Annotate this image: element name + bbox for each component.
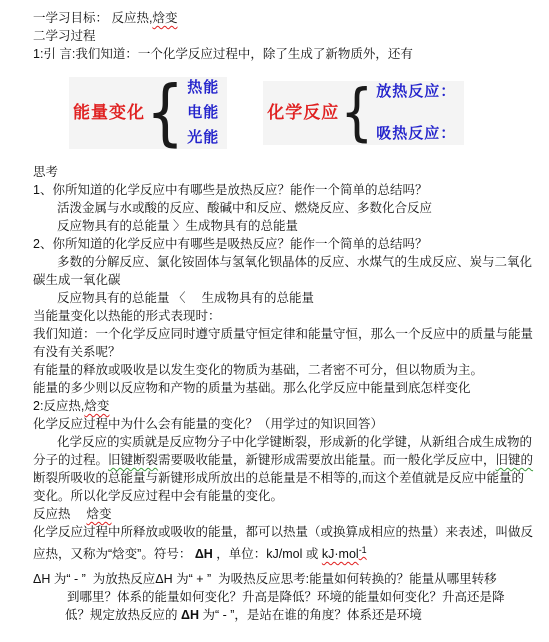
line-section2-heading: 2:反应热,焓变 xyxy=(33,397,544,415)
document-top-section: 一学习目标： 反应热,焓变二学习过程1:引 言:我们知道：一个化学反应过程中，除… xyxy=(33,9,544,63)
line-sign-question-1: 到哪里？体系的能量如何变化？升高是降低？环境的能量如何变化？升高还是降 xyxy=(33,588,544,606)
text-segment: 1:引 言:我们知道：一个化学反应过程中，除了生成了新物质外，还有 xyxy=(33,47,413,61)
left-brace-icon: { xyxy=(340,82,373,144)
reaction-item-list: 放热反应： 吸热反应： xyxy=(376,83,456,143)
text-segment: 分子的过程。 xyxy=(33,453,108,467)
line-q1-answer: 活泼金属与水或酸的反应、酸碱中和反应、燃烧反应、多数化合反应 xyxy=(33,199,544,217)
text-segment: 1、你所知道的化学反应中有哪些是放热反应？能作一个简单的总结吗？ xyxy=(33,183,427,197)
text-segment: 反应热 xyxy=(33,507,86,521)
document-page: 一学习目标： 反应热,焓变二学习过程1:引 言:我们知道：一个化学反应过程中，除… xyxy=(0,0,549,624)
chemical-reaction-group: 化学反应 { 放热反应： 吸热反应： xyxy=(263,81,464,145)
marked-text: 旧键的 xyxy=(496,453,534,467)
text-segment: 到哪里？体系的能量如何变化？升高是降低？环境的能量如何变化？升高还是降 xyxy=(67,590,505,604)
line-conservation-2: 有没有关系呢？ xyxy=(33,343,544,361)
energy-item-light: 光能 xyxy=(187,129,219,147)
reaction-item-endothermic: 吸热反应： xyxy=(376,125,456,143)
line-basis-2: 能量的多少则以反应物和产物的质量为基础。那么化学反应中能量到底怎样变化 xyxy=(33,379,544,397)
document-bottom-section: 思考1、你所知道的化学反应中有哪些是放热反应？能作一个简单的总结吗？活泼金属与水… xyxy=(33,163,544,624)
line-intro: 1:引 言:我们知道：一个化学反应过程中，除了生成了新物质外，还有 xyxy=(33,45,544,63)
energy-item-thermal: 热能 xyxy=(187,79,219,97)
line-q2: 2、你所知道的化学反应中有哪些是吸热反应？能作一个简单的总结吗？ xyxy=(33,235,544,253)
line-q1-energy: 反应物具有的总能量 〉生成物具有的总能量 xyxy=(33,217,544,235)
concept-diagram: 能量变化 { 热能 电能 光能 化学反应 { 放热反应： 吸热反应： xyxy=(69,68,544,158)
text-segment: ΔH 为“ - ” 为放热反应ΔH 为“ + ” 为吸热反应思考:能量如何转换的… xyxy=(33,572,497,586)
line-basis-1: 有能量的释放或吸收是以发生变化的物质为基础，二者密不可分，但以物质为主。 xyxy=(33,361,544,379)
marked-text: -1 xyxy=(359,545,367,555)
chemical-reaction-label: 化学反应 xyxy=(267,104,339,122)
text-segment: 碳生成一氧化碳 xyxy=(33,273,121,287)
text-segment: 化学反应的实质就是反应物分子中化学键断裂，形成新的化学键，从新组合成生成物的 xyxy=(57,435,532,449)
text-segment: 变化。所以化学反应过程中会有能量的变化。 xyxy=(33,489,283,503)
line-q2-answer-2: 碳生成一氧化碳 xyxy=(33,271,544,289)
line-q2-energy: 反应物具有的总能量 〈 生成物具有的总能量 xyxy=(33,289,544,307)
energy-change-label: 能量变化 xyxy=(73,104,145,122)
text-segment: 当能量变化以热能的形式表现时： xyxy=(33,309,221,323)
marked-text: 焓变 xyxy=(84,399,109,413)
line-sign-rule: ΔH 为“ - ” 为放热反应ΔH 为“ + ” 为吸热反应思考:能量如何转换的… xyxy=(33,570,544,588)
marked-text: kJ·mol xyxy=(322,547,359,561)
text-segment: 2:反应热, xyxy=(33,399,84,413)
line-heat-form: 当能量变化以热能的形式表现时： xyxy=(33,307,544,325)
text-segment: ΔH xyxy=(195,547,213,561)
energy-change-group: 能量变化 { 热能 电能 光能 xyxy=(69,77,227,149)
energy-item-electric: 电能 xyxy=(187,104,219,122)
energy-item-list: 热能 电能 光能 xyxy=(187,79,219,147)
text-segment: 有没有关系呢？ xyxy=(33,345,121,359)
text-segment: 一学习目标： 反应热, xyxy=(33,11,152,25)
left-brace-icon: { xyxy=(146,77,184,149)
line-sign-question-2: 低？规定放热反应的 ΔH 为“ - ”，是站在谁的角度？体系还是环境 xyxy=(33,606,544,624)
line-essence-2: 分子的过程。旧键断裂需要吸收能量，新键形成需要放出能量。而一般化学反应中，旧键的 xyxy=(33,451,544,469)
marked-text: 焓变 xyxy=(86,507,111,521)
line-essence-1: 化学反应的实质就是反应物分子中化学键断裂，形成新的化学键，从新组合成生成物的 xyxy=(33,433,544,451)
text-segment: ΔH xyxy=(181,608,199,622)
line-study-process: 二学习过程 xyxy=(33,27,544,45)
text-segment: 多数的分解反应、氯化铵固体与氢氧化钡晶体的反应、水煤气的生成反应、炭与二氧化 xyxy=(57,255,532,269)
text-segment: 反应物具有的总能量 〈 生成物具有的总能量 xyxy=(57,291,314,305)
text-segment: 断裂所吸收的总能量与新键形成所放出的总能量是不相等的,而这个差值就是反应中能量的 xyxy=(33,471,524,485)
marked-text: 焓变 xyxy=(152,11,177,25)
text-segment: 化学反应过程中为什么会有能量的变化？（用学过的知识回答） xyxy=(33,417,383,431)
text-segment: ，单位：kJ/mol 或 xyxy=(213,547,322,561)
text-segment: 低？规定放热反应的 xyxy=(65,608,181,622)
text-segment: 思考 xyxy=(33,165,58,179)
text-segment: 我们知道：一个化学反应同时遵守质量守恒定律和能量守恒，那么一个反应中的质量与能量 xyxy=(33,327,533,341)
line-essence-4: 变化。所以化学反应过程中会有能量的变化。 xyxy=(33,487,544,505)
line-q2-answer-1: 多数的分解反应、氯化铵固体与氢氧化钡晶体的反应、水煤气的生成反应、炭与二氧化 xyxy=(33,253,544,271)
line-essence-3: 断裂所吸收的总能量与新键形成所放出的总能量是不相等的,而这个差值就是反应中能量的 xyxy=(33,469,544,487)
text-segment: 有能量的释放或吸收是以发生变化的物质为基础，二者密不可分，但以物质为主。 xyxy=(33,363,483,377)
text-segment: 化学反应过程中所释放或吸收的能量，都可以热量（或换算成相应的热量）来表述，叫做反 xyxy=(33,525,533,539)
text-segment: 反应物具有的总能量 〉生成物具有的总能量 xyxy=(57,219,298,233)
text-segment: 需要吸收能量，新键形成需要放出能量。而一般化学反应中， xyxy=(158,453,496,467)
text-segment: 二学习过程 xyxy=(33,29,96,43)
text-segment: 应热，又称为“焓变”。符号： xyxy=(33,547,195,561)
line-conservation-1: 我们知道：一个化学反应同时遵守质量守恒定律和能量守恒，那么一个反应中的质量与能量 xyxy=(33,325,544,343)
text-segment: 为“ - ”，是站在谁的角度？体系还是环境 xyxy=(199,608,422,622)
line-definition-2: 应热，又称为“焓变”。符号： ΔH ，单位：kJ/mol 或 kJ·mol-1 xyxy=(33,545,544,563)
line-q1: 1、你所知道的化学反应中有哪些是放热反应？能作一个简单的总结吗？ xyxy=(33,181,544,199)
marked-text: 旧键断裂 xyxy=(108,453,158,467)
text-segment: 能量的多少则以反应物和产物的质量为基础。那么化学反应中能量到底怎样变化 xyxy=(33,381,471,395)
line-heat-enthalpy-heading: 反应热 焓变 xyxy=(33,505,544,523)
reaction-item-exothermic: 放热反应： xyxy=(376,83,456,101)
line-study-goal: 一学习目标： 反应热,焓变 xyxy=(33,9,544,27)
line-think-heading: 思考 xyxy=(33,163,544,181)
line-why-question: 化学反应过程中为什么会有能量的变化？（用学过的知识回答） xyxy=(33,415,544,433)
text-segment: 活泼金属与水或酸的反应、酸碱中和反应、燃烧反应、多数化合反应 xyxy=(57,201,432,215)
line-definition-1: 化学反应过程中所释放或吸收的能量，都可以热量（或换算成相应的热量）来表述，叫做反 xyxy=(33,523,544,541)
text-segment: 2、你所知道的化学反应中有哪些是吸热反应？能作一个简单的总结吗？ xyxy=(33,237,427,251)
